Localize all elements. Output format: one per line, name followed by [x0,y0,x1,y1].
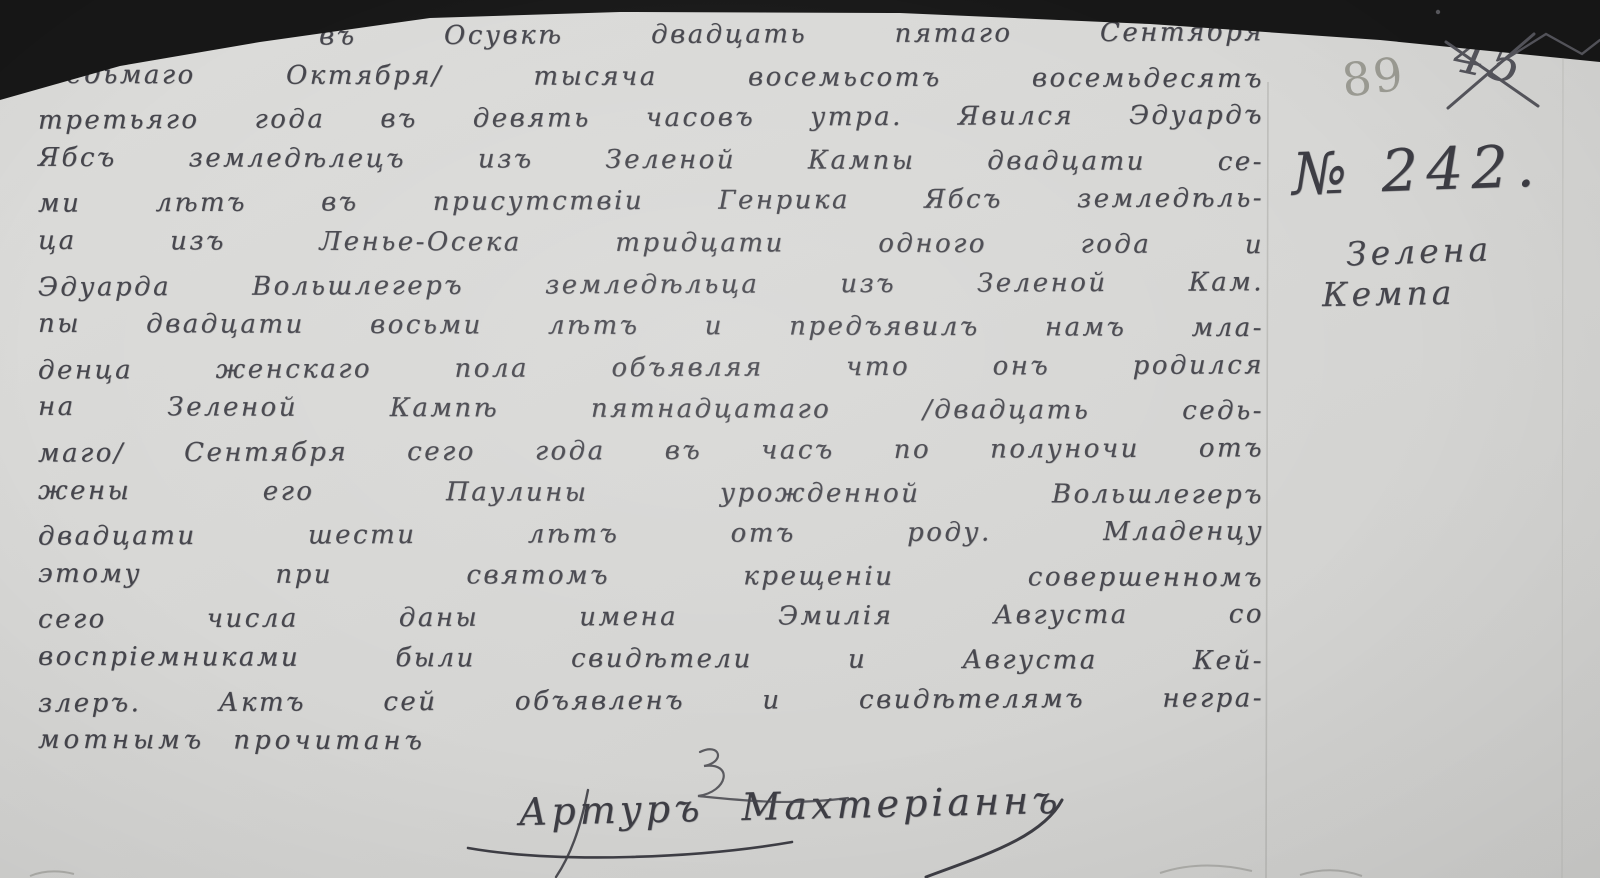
record-text-line: злеръ. Актъ сей объявленъ и свидѣтелямъ … [38,678,1264,725]
record-text-line: этому при святомъ крещеніи совершенномъ [38,554,1264,600]
record-body: Состоялось въ Осувкѣ двадцать пятаго Сен… [38,15,1264,764]
record-text-line: сего числа даны имена Эмилія Августа со [38,595,1264,642]
crossed-out-number: 45 [1449,25,1531,97]
place-note-line: Кемпа [1322,273,1456,314]
record-text-line: жены его Паулины урожденной Вольшлегеръ [38,470,1264,516]
place-note-line: Зелена [1345,229,1492,273]
scanned-register-page: Состоялось въ Осувкѣ двадцать пятаго Сен… [0,0,1600,878]
record-text-line: воспріемниками были свидѣтели и Августа … [38,637,1264,683]
record-text-line: ми лѣтъ въ присутствіи Генрика Ябсъ земл… [38,179,1264,226]
record-text-line: маго/ Сентября сего года въ часъ по полу… [38,428,1264,475]
record-text-line: пы двадцати восьми лѣтъ и предъявилъ нам… [38,304,1264,350]
record-number: № 242. [1291,132,1544,209]
ink-dot [1436,10,1440,14]
record-text-line: денца женскаго пола объявляя что онъ род… [38,345,1264,392]
record-text-line: /седьмаго Октября/ тысяча восемьсотъ вос… [38,54,1264,100]
fold-line [1266,82,1268,878]
record-text-line: на Зеленой Кампѣ пятнадцатаго /двадцать … [38,387,1264,433]
next-record-fragment [30,865,1362,876]
record-text-line: двадцати шести лѣтъ отъ роду. Младенцу [38,511,1264,558]
page-number-pencil: 89 [1339,46,1408,107]
record-text-line: мотнымъ прочитанъ [38,720,1264,766]
record-text-line: ца изъ Ленье-Осека тридцати одного года … [38,221,1264,267]
record-text-line: Эдуарда Вольшлегеръ земледѣльца изъ Зеле… [38,262,1264,309]
record-text-line: Ябсъ земледѣлецъ изъ Зеленой Кампы двадц… [38,138,1264,184]
fold-line [1562,58,1563,878]
record-text-line: Состоялось въ Осувкѣ двадцать пятаго Сен… [38,12,1264,59]
pastor-signature: Артуръ Махтеріаннъ [470,777,1111,836]
record-text-line: третьяго года въ девять часовъ утра. Яви… [38,96,1264,143]
